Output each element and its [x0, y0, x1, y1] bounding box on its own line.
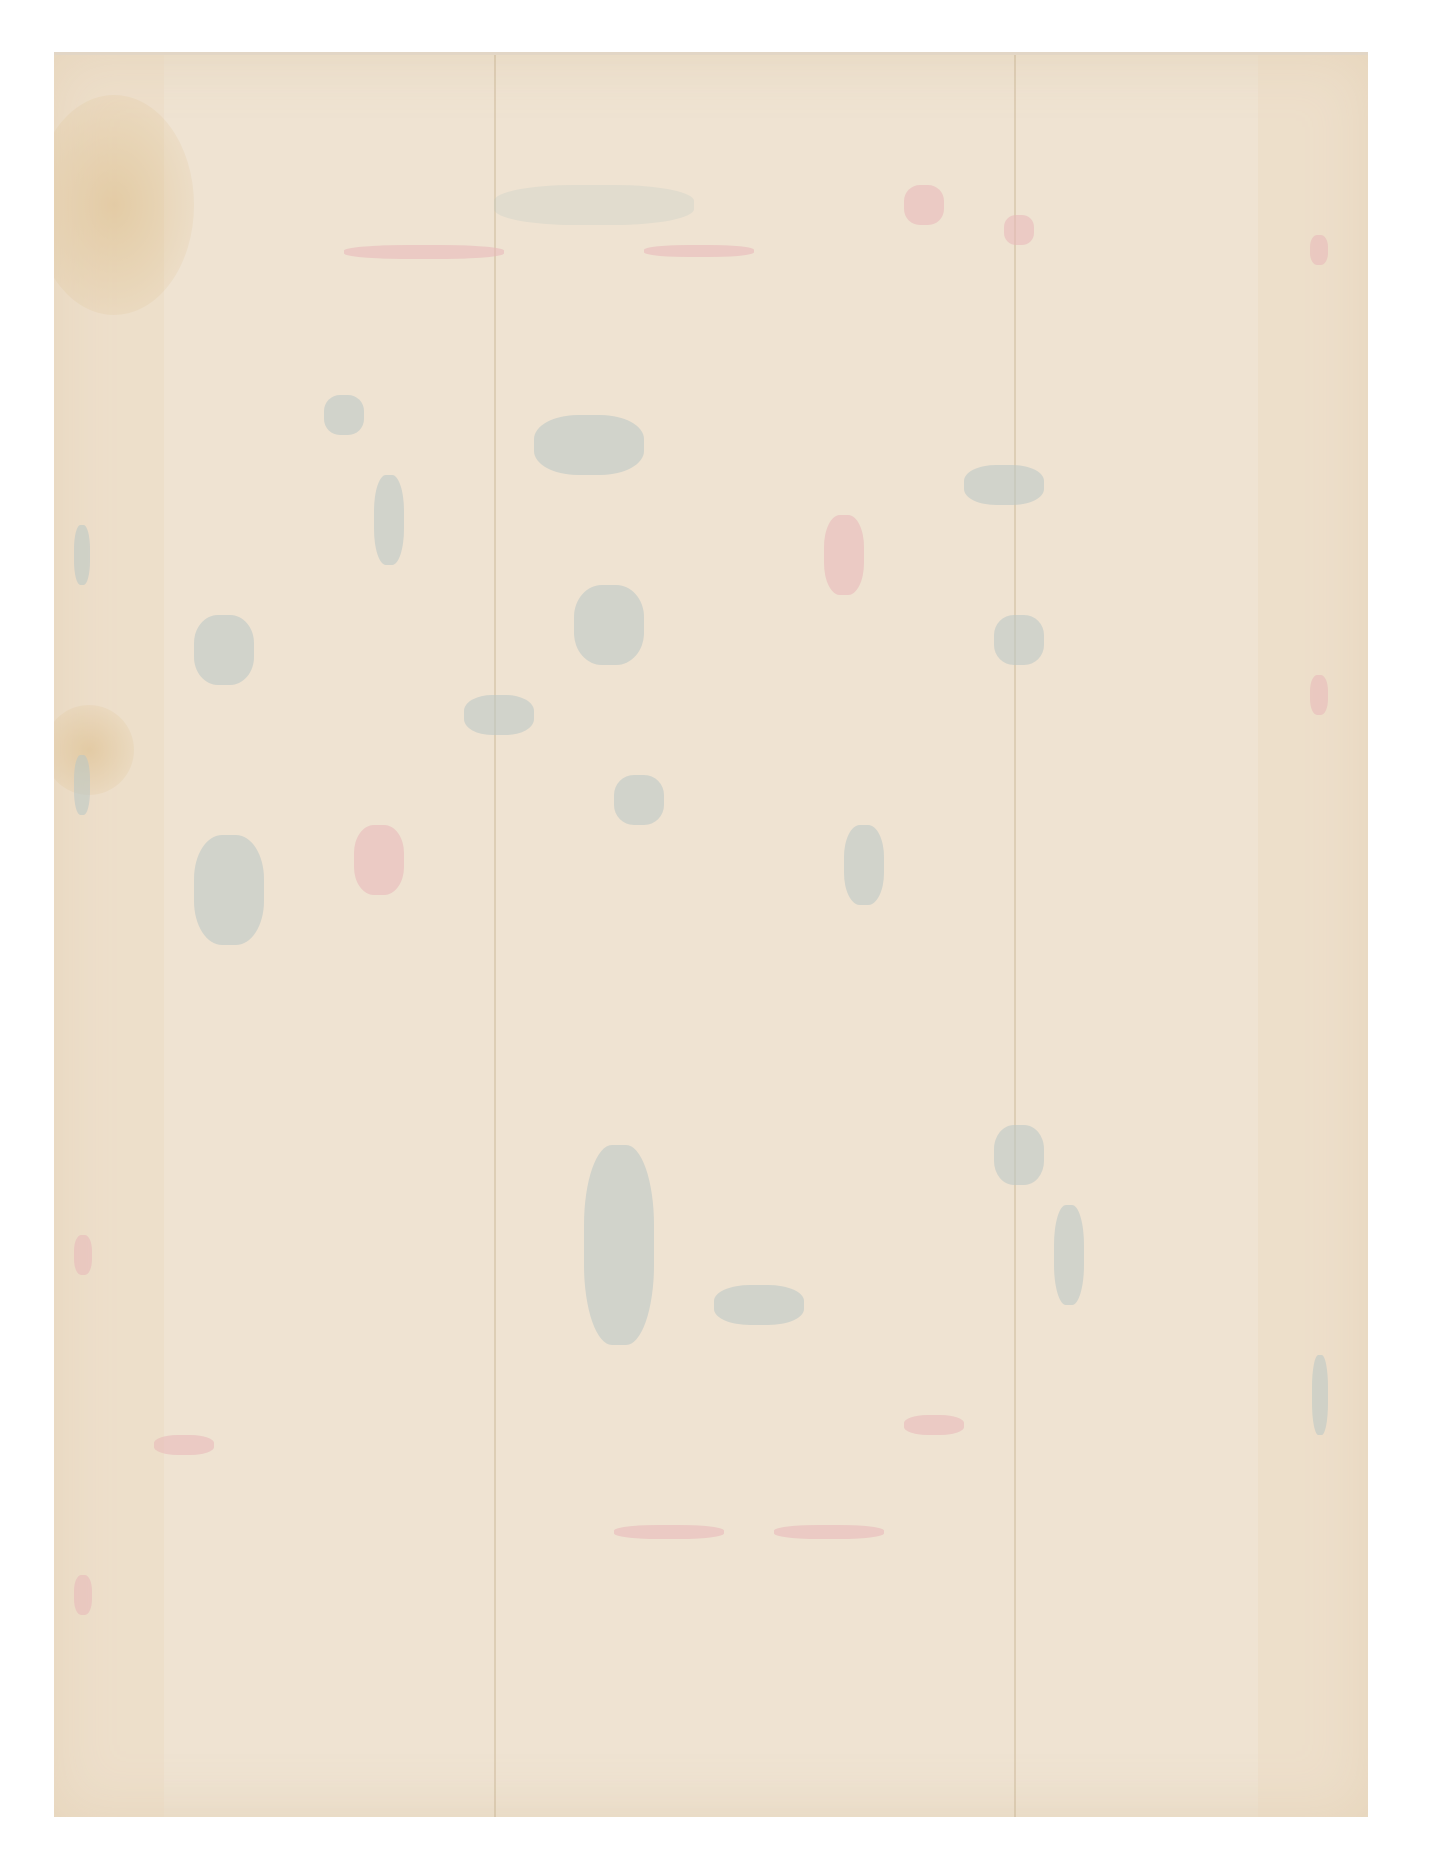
- motif: [774, 1525, 884, 1539]
- motif: [464, 695, 534, 735]
- motif: [1310, 235, 1328, 265]
- motif: [904, 1415, 964, 1435]
- motif: [994, 615, 1044, 665]
- stain: [54, 95, 194, 315]
- motif: [74, 755, 90, 815]
- motif: [534, 415, 644, 475]
- motif: [714, 1285, 804, 1325]
- motif: [154, 1435, 214, 1455]
- motif: [74, 1575, 92, 1615]
- rug: [54, 52, 1368, 1817]
- motif: [74, 525, 90, 585]
- motif: [194, 835, 264, 945]
- motif: [324, 395, 364, 435]
- motif: [644, 245, 754, 257]
- motif: [824, 515, 864, 595]
- motif: [584, 1145, 654, 1345]
- motif: [1312, 1355, 1328, 1435]
- fold-line: [494, 55, 496, 1817]
- motif: [964, 465, 1044, 505]
- motif: [844, 825, 884, 905]
- rug-left-border: [54, 55, 164, 1817]
- motif: [374, 475, 404, 565]
- motif: [194, 615, 254, 685]
- motif: [574, 585, 644, 665]
- fold-line: [1014, 55, 1016, 1817]
- motif: [344, 245, 504, 259]
- motif: [994, 1125, 1044, 1185]
- motif: [1054, 1205, 1084, 1305]
- motif: [354, 825, 404, 895]
- motif: [74, 1235, 92, 1275]
- motif: [494, 185, 694, 225]
- motif: [614, 775, 664, 825]
- rug-right-border: [1258, 55, 1368, 1817]
- motif: [1004, 215, 1034, 245]
- motif: [614, 1525, 724, 1539]
- motif: [1310, 675, 1328, 715]
- motif: [904, 185, 944, 225]
